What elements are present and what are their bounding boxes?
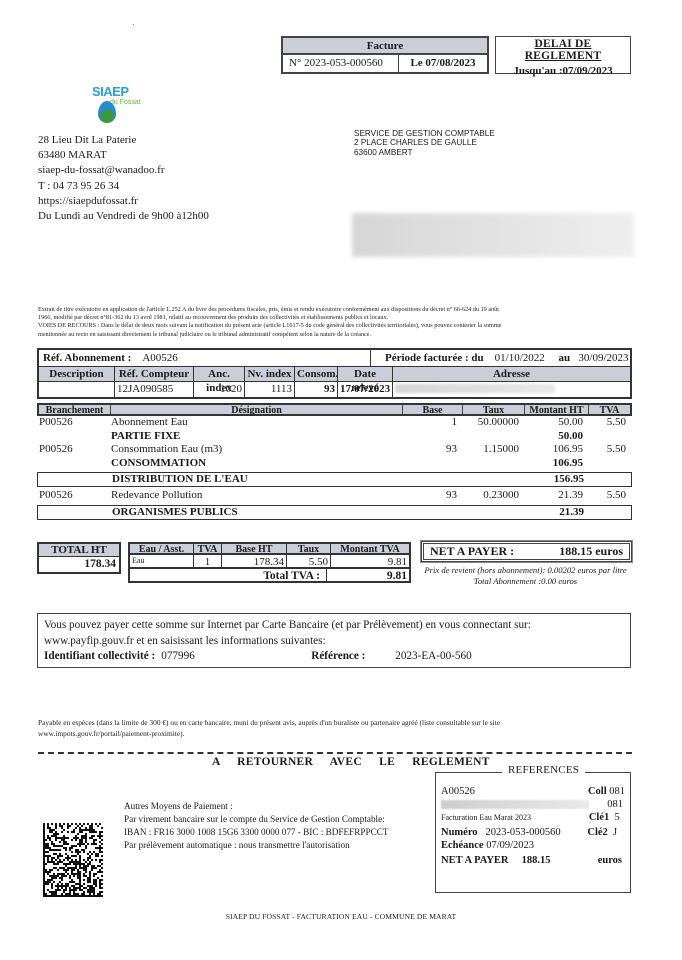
cell-branch: P00526	[37, 443, 109, 457]
cell-vat: 5.50	[587, 489, 632, 503]
invoice-date: Le 07/08/2023	[399, 55, 487, 72]
sender-website[interactable]: https://siaepdufossat.fr	[38, 194, 209, 209]
recipient-address-redacted	[352, 213, 634, 257]
cell-designation: CONSOMMATION	[109, 457, 401, 471]
invoice-line-row: CONSOMMATION106.95	[37, 457, 632, 471]
period-from: 01/10/2022	[495, 352, 545, 364]
cell-branch: P00526	[37, 489, 109, 503]
water-drop-globe-icon	[98, 101, 116, 123]
numero-label: Numéro	[441, 827, 478, 838]
col-branch: Branchement	[39, 405, 111, 414]
cell-base: 93	[401, 489, 461, 503]
payment-deadline-box: DELAI DE REGLEMENT Jusqu'au :07/09/2023	[495, 36, 631, 74]
invoice-line-row: P00526Redevance Pollution930.2300021.395…	[37, 489, 632, 503]
total-vat-label: Total TVA :	[130, 569, 327, 581]
vat-code: 1	[194, 555, 222, 567]
cell-consumption: 93	[295, 382, 338, 397]
sender-hours: Du Lundi au Vendredi de 9h00 à12h00	[38, 209, 209, 224]
cell-vat	[588, 506, 631, 519]
slip-net-label: NET A PAYER	[441, 855, 509, 866]
col-vat-code: TVA	[194, 544, 222, 553]
logo-subtitle: du Fossat	[110, 99, 141, 106]
cell-meter-ref: 12JA090585	[115, 382, 194, 397]
total-ht-box: TOTAL HT 178.34	[37, 542, 121, 574]
cell-vat: 5.50	[587, 416, 632, 430]
cell-base: 1	[401, 416, 461, 430]
billing-label: Facturation Eau Marat 2023	[441, 811, 531, 824]
reference-label: Référence :	[311, 649, 395, 665]
cell-amount: 21.39	[524, 506, 588, 519]
col-meter-ref: Réf. Compteur	[115, 367, 194, 381]
total-ht-value: 178.34	[39, 557, 119, 572]
invoice-line-row: PARTIE FIXE50.00	[37, 430, 632, 444]
coll-value: 081	[609, 786, 625, 797]
col-vat-base: Base HT	[222, 544, 287, 553]
cost-price: Prix de revient (hors abonnement): 0.002…	[413, 565, 638, 576]
vat-row: Eau 1 178.34 5.50 9.81	[128, 555, 411, 569]
other-payment-methods: Autres Moyens de Paiement : Par virement…	[124, 800, 388, 852]
cell-amount: 156.95	[524, 473, 588, 486]
cle1-label: Clé1	[589, 812, 609, 823]
subscription-table: Réf. Abonnement : A00526 Période facturé…	[37, 348, 632, 399]
total-vat-value: 9.81	[327, 569, 409, 581]
cell-rate	[462, 473, 524, 486]
bank-transfer-info: Par virement bancaire sur le compte du S…	[124, 813, 388, 826]
invoice-title: Facture	[283, 38, 487, 55]
period-to-label: au	[559, 352, 571, 364]
cell-designation: PARTIE FIXE	[109, 430, 401, 444]
sender-phone: T : 04 73 95 26 34	[38, 179, 209, 194]
total-subscription: Total Abonnement :0.00 euros	[413, 576, 638, 587]
cash-line1: Payable en espèces (dans la limite de 30…	[38, 717, 638, 728]
numero-value: 2023-053-000560	[485, 827, 560, 838]
cell-vat	[587, 457, 632, 471]
cell-base	[401, 430, 461, 444]
cell-vat	[588, 473, 631, 486]
legal-line: 1966, modifié par décret n°81-362 du 13 …	[38, 314, 638, 322]
vat-base: 178.34	[222, 555, 287, 567]
cash-line2: www.impots.gouv.fr/portail/paiement-prox…	[38, 728, 638, 739]
cell-amount: 106.95	[523, 443, 587, 457]
cell-amount: 21.39	[523, 489, 587, 503]
slip-net-value: 188.15	[522, 855, 551, 866]
col-vat-type: Eau / Asst.	[130, 544, 194, 553]
legal-line: VOIES DE RECOURS : Dans le délai de deux…	[38, 322, 638, 330]
cell-amount: 50.00	[523, 430, 587, 444]
scan-dot	[133, 24, 134, 25]
cle2-label: Clé2	[587, 827, 607, 838]
service-city: 63600 AMBERT	[354, 148, 495, 157]
return-slip-title: A RETOURNER AVEC LE REGLEMENT	[212, 756, 490, 768]
sender-street: 28 Lieu Dit La Paterie	[38, 133, 209, 148]
net-to-pay-label: NET A PAYER :	[430, 544, 514, 559]
collectivity-label: Identifiant collectivité :	[44, 649, 155, 665]
legal-line: mentionnée au recto en saisissant direct…	[38, 331, 638, 339]
net-to-pay-box: NET A PAYER : 188.15 euros	[421, 541, 632, 562]
coll-value-2: 081	[607, 798, 625, 811]
vat-type: Eau	[130, 555, 194, 567]
vat-rate: 5.50	[287, 555, 331, 567]
references-box: REFERENCES A00526 Coll 081 081 Facturati…	[435, 772, 631, 893]
collectivity-value: 077996	[161, 649, 311, 665]
cell-rate	[461, 457, 523, 471]
invoice-line-row: P00526Consommation Eau (m3)931.15000106.…	[37, 443, 632, 457]
siaep-logo: SIAEP du Fossat	[88, 84, 148, 136]
echeance-value: 07/09/2023	[486, 840, 534, 851]
sender-email[interactable]: siaep-du-fossat@wanadoo.fr	[38, 163, 209, 178]
vat-amount: 9.81	[331, 555, 409, 567]
echeance-label: Echéance	[441, 840, 484, 851]
cell-designation: Consommation Eau (m3)	[109, 443, 401, 457]
direct-debit-info: Par prélèvement automatique : nous trans…	[124, 839, 388, 852]
col-base: Base	[403, 405, 463, 414]
cell-vat	[587, 430, 632, 444]
legal-notice: Extrait de titre exécutoire en applicati…	[38, 306, 638, 339]
col-new-index: Nv. index	[245, 367, 295, 381]
references-title: REFERENCES	[502, 764, 585, 776]
invoice-header-box: Facture N° 2023-053-000560 Le 07/08/2023	[281, 36, 489, 74]
col-designation: Désignation	[111, 405, 403, 414]
invoice-line-row: DISTRIBUTION DE L'EAU156.95	[37, 472, 632, 487]
cell-base	[402, 473, 462, 486]
cell-rate: 50.00000	[461, 416, 523, 430]
col-address: Adresse	[393, 367, 630, 381]
sender-city: 63480 MARAT	[38, 148, 209, 163]
cell-vat: 5.50	[587, 443, 632, 457]
invoice-number: N° 2023-053-000560	[283, 55, 399, 72]
period-to: 30/09/2023	[578, 352, 628, 364]
cle1-value: 5	[615, 812, 620, 823]
cell-rate: 0.23000	[461, 489, 523, 503]
cell-amount: 106.95	[523, 457, 587, 471]
payfip-line2: www.payfip.gouv.fr et en saisissant les …	[44, 634, 624, 650]
cut-line-divider	[38, 752, 632, 754]
iban-bic: IBAN : FR16 3000 1008 15G6 3300 0000 077…	[124, 826, 388, 839]
cell-base: 93	[401, 443, 461, 457]
ref-subscription: A00526	[441, 785, 475, 798]
payment-deadline-value: Jusqu'au :07/09/2023	[498, 65, 628, 77]
subscription-row: 12JA090585 1020 1113 93 17/07/2023	[39, 382, 630, 397]
cell-branch	[38, 506, 110, 519]
sender-address: 28 Lieu Dit La Paterie 63480 MARAT siaep…	[38, 133, 209, 224]
col-rate: Taux	[463, 405, 525, 414]
invoice-lines-table: Branchement Désignation Base Taux Montan…	[37, 403, 632, 522]
col-reading-date: Date relevé	[338, 367, 393, 381]
cell-designation: ORGANISMES PUBLICS	[110, 506, 402, 519]
cle2-value: J	[613, 827, 617, 838]
legal-line: Extrait de titre exécutoire en applicati…	[38, 306, 638, 314]
cell-branch	[37, 430, 109, 444]
cell-branch	[38, 473, 110, 486]
coll-label: Coll	[588, 786, 607, 797]
period-label: Période facturée : du	[385, 352, 484, 364]
col-vat-rate: Taux	[287, 544, 331, 553]
other-payment-title: Autres Moyens de Paiement :	[124, 800, 388, 813]
service-street: 2 PLACE CHARLES DE GAULLE	[354, 138, 495, 147]
total-ht-label: TOTAL HT	[39, 544, 119, 557]
cell-designation: Abonnement Eau	[109, 416, 401, 430]
cell-branch: P00526	[37, 416, 109, 430]
cell-base	[402, 506, 462, 519]
invoice-line-row: P00526Abonnement Eau150.0000050.005.50	[37, 416, 632, 430]
cell-branch	[37, 457, 109, 471]
service-name: SERVICE DE GESTION COMPTABLE	[354, 129, 495, 138]
subscription-ref-value: A00526	[142, 352, 177, 364]
cell-new-index: 1113	[245, 382, 295, 397]
subscription-ref-label: Réf. Abonnement :	[43, 352, 131, 364]
invoice-line-row: ORGANISMES PUBLICS21.39	[37, 505, 632, 520]
cell-designation: DISTRIBUTION DE L'EAU	[110, 473, 402, 486]
cell-rate	[461, 430, 523, 444]
slip-currency: euros	[598, 854, 625, 867]
online-payment-box: Vous pouvez payer cette somme sur Intern…	[37, 613, 631, 668]
datamatrix-barcode-icon	[43, 823, 103, 897]
col-consumption: Consom.	[295, 367, 338, 381]
cash-payment-info: Payable en espèces (dans la limite de 30…	[38, 717, 638, 739]
ref-name-redacted	[441, 800, 589, 809]
cell-reading-date: 17/07/2023	[338, 382, 393, 397]
payfip-line1: Vous pouvez payer cette somme sur Intern…	[44, 618, 624, 634]
cost-info: Prix de revient (hors abonnement): 0.002…	[413, 565, 638, 587]
cell-address-redacted	[393, 382, 630, 397]
accounting-service-address: SERVICE DE GESTION COMPTABLE 2 PLACE CHA…	[354, 129, 495, 157]
cell-amount: 50.00	[523, 416, 587, 430]
page-footer: SIAEP DU FOSSAT - FACTURATION EAU - COMM…	[0, 912, 682, 921]
col-amount: Montant HT	[525, 405, 589, 414]
lines-body: P00526Abonnement Eau150.0000050.005.50PA…	[37, 416, 632, 520]
payment-deadline-title: DELAI DE REGLEMENT	[498, 38, 628, 62]
cell-description	[39, 382, 115, 397]
net-to-pay-value: 188.15 euros	[559, 544, 623, 559]
logo-name: SIAEP	[92, 84, 129, 99]
cell-base	[401, 457, 461, 471]
cell-rate: 1.15000	[461, 443, 523, 457]
col-vat-amount: Montant TVA	[331, 544, 409, 553]
cell-old-index: 1020	[194, 382, 245, 397]
cell-rate	[462, 506, 524, 519]
cell-designation: Redevance Pollution	[109, 489, 401, 503]
col-vat: TVA	[589, 405, 630, 414]
vat-summary-table: Eau / Asst. TVA Base HT Taux Montant TVA…	[128, 542, 411, 583]
col-description: Description	[39, 367, 115, 381]
reference-value: 2023-EA-00-560	[395, 649, 471, 665]
col-old-index: Anc. index	[194, 367, 245, 381]
